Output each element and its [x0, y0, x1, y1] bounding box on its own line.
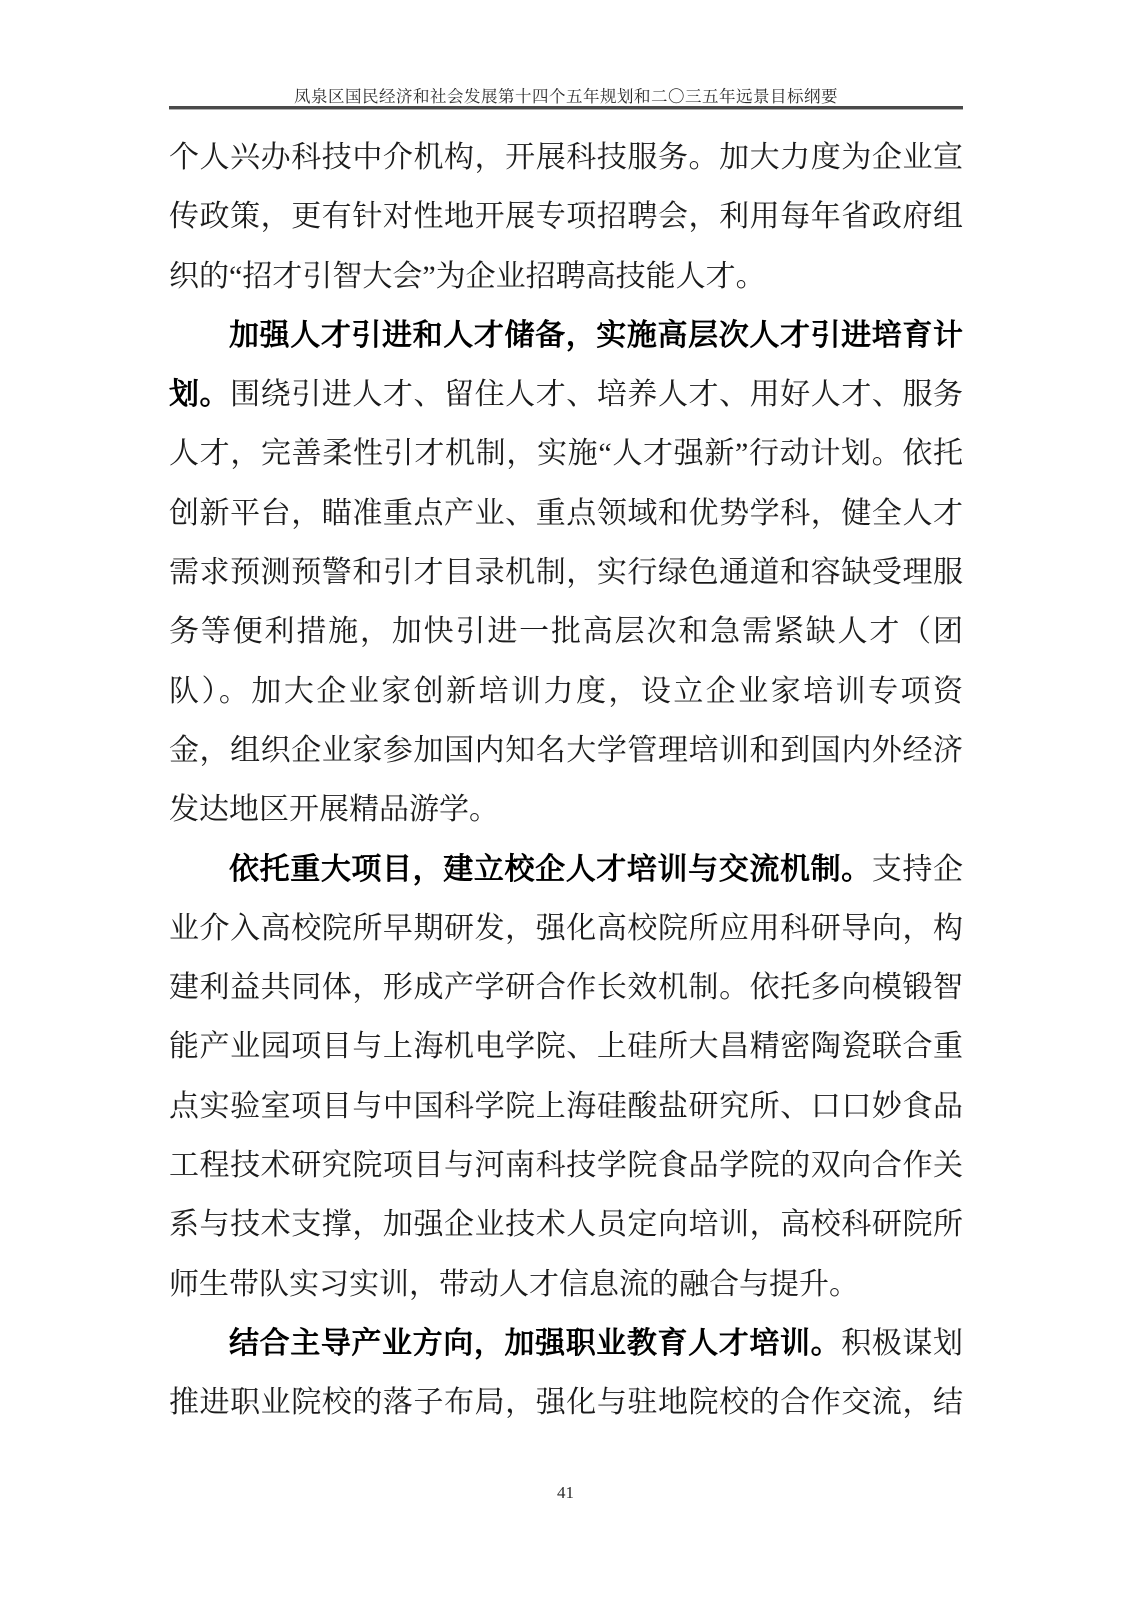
body-paragraph: 依托重大项目，建立校企人才培训与交流机制。支持企业介入高校院所早期研发，强化高校… — [169, 840, 963, 1314]
header-rule — [169, 106, 963, 110]
document-page: 凤泉区国民经济和社会发展第十四个五年规划和二〇三五年远景目标纲要 个人兴办科技中… — [0, 0, 1131, 1600]
page-number: 41 — [557, 1483, 574, 1502]
paragraph-bold-lead: 依托重大项目，建立校企人才培训与交流机制。 — [229, 853, 872, 886]
paragraph-text: 个人兴办科技中介机构，开展科技服务。加大力度为企业宣传政策，更有针对性地开展专项… — [169, 141, 963, 293]
paragraph-text: 围绕引进人才、留住人才、培养人才、用好人才、服务人才，完善柔性引才机制，实施“人… — [169, 378, 963, 826]
body-paragraph: 加强人才引进和人才储备，实施高层次人才引进培育计划。围绕引进人才、留住人才、培养… — [169, 306, 963, 840]
header-title: 凤泉区国民经济和社会发展第十四个五年规划和二〇三五年远景目标纲要 — [169, 83, 963, 107]
body-paragraph: 结合主导产业方向，加强职业教育人才培训。积极谋划推进职业院校的落子布局，强化与驻… — [169, 1314, 963, 1433]
page-footer: 41 — [0, 1483, 1131, 1503]
paragraph-text: 支持企业介入高校院所早期研发，强化高校院所应用科研导向，构建利益共同体，形成产学… — [169, 853, 963, 1301]
paragraph-bold-lead: 结合主导产业方向，加强职业教育人才培训。 — [229, 1327, 841, 1360]
document-body: 个人兴办科技中介机构，开展科技服务。加大力度为企业宣传政策，更有针对性地开展专项… — [169, 128, 963, 1433]
body-paragraph: 个人兴办科技中介机构，开展科技服务。加大力度为企业宣传政策，更有针对性地开展专项… — [169, 128, 963, 306]
